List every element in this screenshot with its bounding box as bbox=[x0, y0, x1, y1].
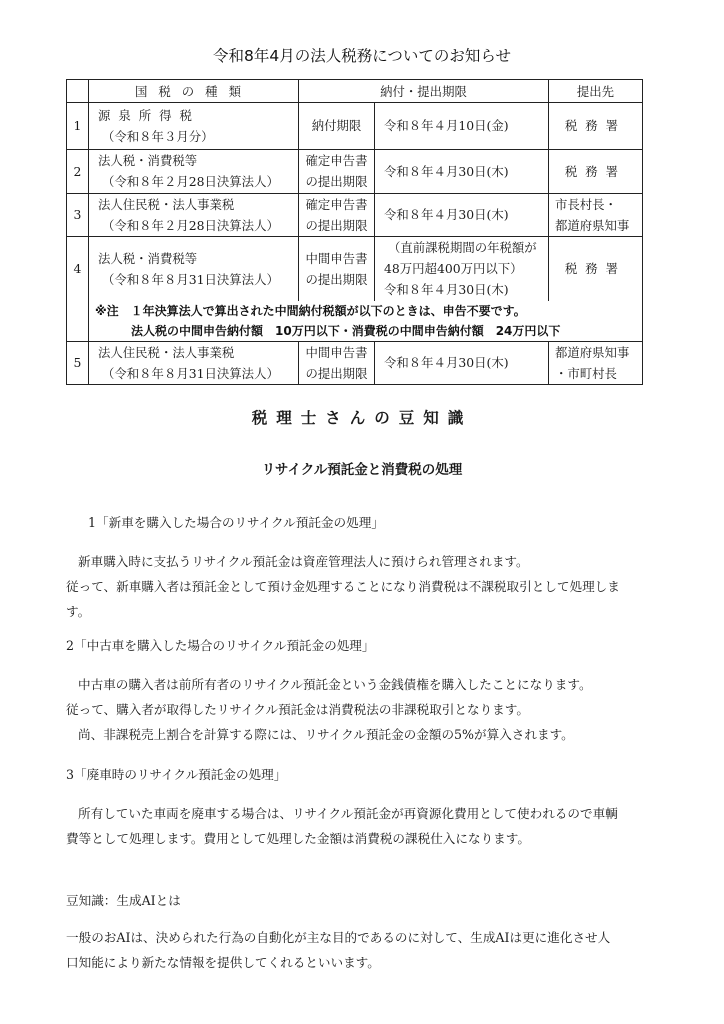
section-text: 従って、購入者が取得したリサイクル預託金は消費税法の非課税取引となります。 bbox=[66, 697, 676, 722]
tax-kind: 法人住民税・法人事業税 （令和８年８月31日決算法人） bbox=[89, 341, 298, 384]
destination: 税務署 bbox=[549, 149, 642, 193]
section-text: 中古車の購入者は前所有者のリサイクル預託金という金銭債権を購入したことになります… bbox=[66, 672, 676, 697]
document-title: 令和8年4月の法人税務についてのお知らせ bbox=[0, 44, 724, 66]
trivia-section: 豆知識：生成AIとは 一般のおAIは、決められた行為の自動化が主な目的であるのに… bbox=[66, 888, 676, 975]
deadline-date: 令和８年４月30日(木) bbox=[375, 193, 548, 236]
section-text: 所有していた車両を廃車する場合は、リサイクル預託金が再資源化費用として使われるの… bbox=[66, 801, 676, 826]
destination: 都道府県知事 ・市町村長 bbox=[549, 341, 642, 384]
section-heading: 2「中古車を購入した場合のリサイクル預託金の処理」 bbox=[66, 633, 676, 658]
tax-kind: 法人税・消費税等 （令和８年８月31日決算法人） bbox=[89, 236, 298, 301]
section-text: 尚、非課税売上割合を計算する際には、リサイクル預託金の金額の5%が算入されます。 bbox=[66, 722, 676, 747]
topic-heading: リサイクル預託金と消費税の処理 bbox=[0, 458, 724, 478]
section-2: 2「中古車を購入した場合のリサイクル預託金の処理」 中古車の購入者は前所有者のリ… bbox=[66, 633, 676, 747]
tax-kind: 法人税・消費税等 （令和８年２月28日決算法人） bbox=[89, 149, 298, 193]
deadline-type: 確定申告書 の提出期限 bbox=[299, 149, 374, 193]
tax-kind: 源泉所得税 （令和８年３月分） bbox=[89, 102, 298, 149]
destination: 税務署 bbox=[549, 102, 642, 149]
row-number: 5 bbox=[67, 341, 88, 384]
tax-kind: 法人住民税・法人事業税 （令和８年２月28日決算法人） bbox=[89, 193, 298, 236]
deadline-type: 確定申告書 の提出期限 bbox=[299, 193, 374, 236]
deadline-date: 令和８年４月30日(木) bbox=[375, 149, 548, 193]
destination: 税務署 bbox=[549, 236, 642, 301]
row-number: 2 bbox=[67, 149, 88, 193]
deadline-date: （直前課税期間の年税額が 48万円超400万円以下） 令和８年４月30日(木) bbox=[375, 236, 548, 301]
tax-schedule-table: 国税の種類 納付・提出期限 提出先 1 源泉所得税 （令和８年３月分） 納付期限… bbox=[66, 79, 643, 385]
row-number: 4 bbox=[67, 236, 88, 341]
deadline-type: 中間申告書 の提出期限 bbox=[299, 341, 374, 384]
section-heading: 1「新車を購入した場合のリサイクル預託金の処理」 bbox=[66, 510, 676, 535]
section-text: す。 bbox=[66, 599, 676, 624]
column-heading: 税理士さんの豆知識 bbox=[0, 406, 724, 428]
row-number: 1 bbox=[67, 102, 88, 149]
trivia-text: 口知能により新たな情報を提供してくれるといいます。 bbox=[66, 950, 676, 975]
deadline-type: 納付期限 bbox=[299, 102, 374, 149]
interim-filing-note: ※注 １年決算法人で算出された中間納付税額が以下のときは、申告不要です。 法人税… bbox=[89, 301, 639, 341]
section-text: 新車購入時に支払うリサイクル預託金は資産管理法人に預けられ管理されます。 bbox=[66, 549, 676, 574]
trivia-text: 一般のおAIは、決められた行為の自動化が主な目的であるのに対して、生成AIは更に… bbox=[66, 925, 676, 950]
deadline-type: 中間申告書 の提出期限 bbox=[299, 236, 374, 301]
section-text: 従って、新車購入者は預託金として預け金処理することになり消費税は不課税取引として… bbox=[66, 574, 676, 599]
deadline-date: 令和８年４月30日(木) bbox=[375, 341, 548, 384]
row-number: 3 bbox=[67, 193, 88, 236]
section-1: 1「新車を購入した場合のリサイクル預託金の処理」 新車購入時に支払うリサイクル預… bbox=[66, 510, 676, 624]
deadline-date: 令和８年４月10日(金) bbox=[375, 102, 548, 149]
destination: 市長村長・ 都道府県知事 bbox=[549, 193, 642, 236]
section-text: 費等として処理します。費用として処理した金額は消費税の課税仕入になります。 bbox=[66, 826, 676, 851]
trivia-heading: 豆知識：生成AIとは bbox=[66, 888, 676, 913]
section-3: 3「廃車時のリサイクル預託金の処理」 所有していた車両を廃車する場合は、リサイク… bbox=[66, 762, 676, 851]
header-deadline: 納付・提出期限 bbox=[299, 80, 548, 102]
section-heading: 3「廃車時のリサイクル預託金の処理」 bbox=[66, 762, 676, 787]
header-kind: 国税の種類 bbox=[89, 80, 298, 102]
header-destination: 提出先 bbox=[549, 80, 642, 102]
